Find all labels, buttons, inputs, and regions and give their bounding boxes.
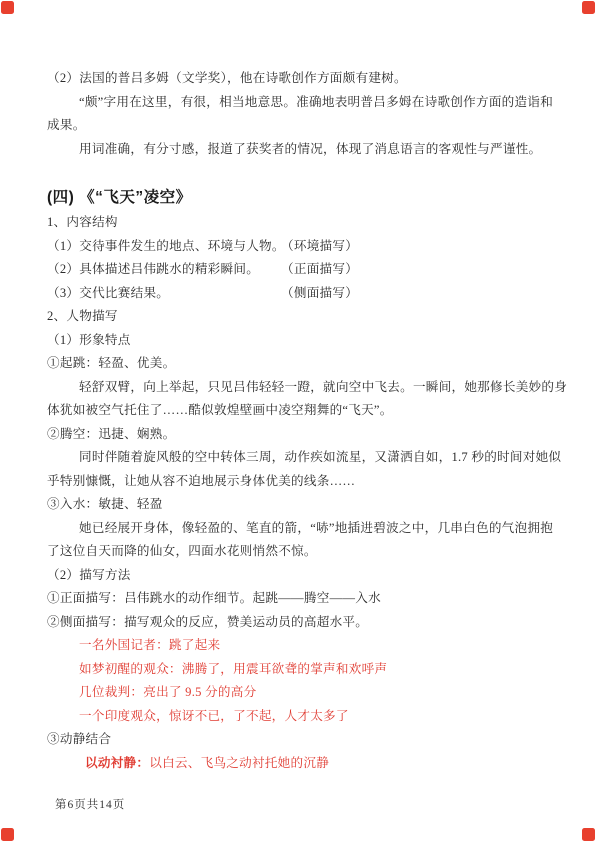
point3-line2: 了这位自天而降的仙女，四面水花则悄然不惊。 — [47, 540, 556, 564]
point1-line1: 轻舒双臂，向上举起，只见吕伟轻轻一蹬，就向空中飞去。一瞬间，她那修长美妙的身 — [47, 376, 556, 400]
content-item-note: （侧面描写） — [281, 282, 358, 306]
side-example-indian-viewer: 一个印度观众，惊讶不已，了不起，人才太多了 — [47, 705, 556, 729]
part2-sub1-title: （1）形象特点 — [47, 329, 556, 353]
point3-title-motion-static: ③动静结合 — [47, 728, 556, 752]
content-item-text: （3）交代比赛结果。 — [47, 286, 169, 300]
corner-marker-bottom-right — [582, 828, 595, 841]
point1-line2: 体犹如被空气托住了……酷似敦煌壁画中凌空翔舞的“飞天”。 — [47, 399, 556, 423]
part2-title: 2、人物描写 — [47, 305, 556, 329]
motion-static-rest: 以白云、飞鸟之动衬托她的沉静 — [149, 756, 329, 770]
document-page[interactable]: （2）法国的普吕多姆（文学奖），他在诗歌创作方面颇有建树。 “颇”字用在这里，有… — [0, 0, 596, 842]
content-item-note: （正面描写） — [281, 258, 358, 282]
side-example-reporter: 一名外国记者：跳了起来 — [47, 634, 556, 658]
content-item-note: （环境描写） — [281, 235, 358, 259]
part2-sub2-title: （2）描写方法 — [47, 564, 556, 588]
side-example-judges: 几位裁判：亮出了 9.5 分的高分 — [47, 681, 556, 705]
review-explain-line1: “颇”字用在这里，有很，相当地意思。准确地表明普吕多姆在诗歌创作方面的造诣和 — [47, 91, 556, 115]
review-summary: 用词准确，有分寸感，报道了获奖者的情况，体现了消息语言的客观性与严谨性。 — [47, 138, 556, 162]
content-item-1: （1）交待事件发生的地点、环境与人物。（环境描写） — [47, 235, 556, 259]
review-explain-line2: 成果。 — [47, 114, 556, 138]
point2-line1: 同时伴随着旋风般的空中转体三周，动作疾如流星，又潇洒自如，1.7 秒的时间对她似 — [47, 446, 556, 470]
part1-title: 1、内容结构 — [47, 211, 556, 235]
content-item-text: （1）交待事件发生的地点、环境与人物。 — [47, 239, 285, 253]
page-number: 第6页共14页 — [55, 798, 125, 812]
point3-lead: ③入水：敏捷、轻盈 — [47, 493, 556, 517]
method-front: ①正面描写：吕伟跳水的动作细节。起跳——腾空——入水 — [47, 587, 556, 611]
content-item-text: （2）具体描述吕伟跳水的精彩瞬间。 — [47, 262, 259, 276]
document-content: （2）法国的普吕多姆（文学奖），他在诗歌创作方面颇有建树。 “颇”字用在这里，有… — [0, 0, 596, 775]
point2-lead: ②腾空：迅捷、娴熟。 — [47, 423, 556, 447]
point1-lead: ①起跳：轻盈、优美。 — [47, 352, 556, 376]
motion-static-line: 以动衬静：以白云、飞鸟之动衬托她的沉静 — [47, 752, 556, 776]
point2-line2: 乎特别慷慨，让她从容不迫地展示身体优美的线条…… — [47, 470, 556, 494]
motion-static-lead: 以动衬静： — [85, 756, 149, 770]
method-side: ②侧面描写：描写观众的反应，赞美运动员的高超水平。 — [47, 611, 556, 635]
content-item-2: （2）具体描述吕伟跳水的精彩瞬间。（正面描写） — [47, 258, 556, 282]
section-heading: (四) 《“飞天”凌空》 — [47, 184, 556, 211]
corner-marker-bottom-left — [1, 828, 14, 841]
side-example-audience: 如梦初醒的观众：沸腾了，用震耳欲聋的掌声和欢呼声 — [47, 658, 556, 682]
content-item-3: （3）交代比赛结果。（侧面描写） — [47, 282, 556, 306]
point3-line1: 她已经展开身体，像轻盈的、笔直的箭，“哧”地插进碧波之中，几串白色的气泡拥抱 — [47, 517, 556, 541]
review-item-2: （2）法国的普吕多姆（文学奖），他在诗歌创作方面颇有建树。 — [47, 67, 556, 91]
